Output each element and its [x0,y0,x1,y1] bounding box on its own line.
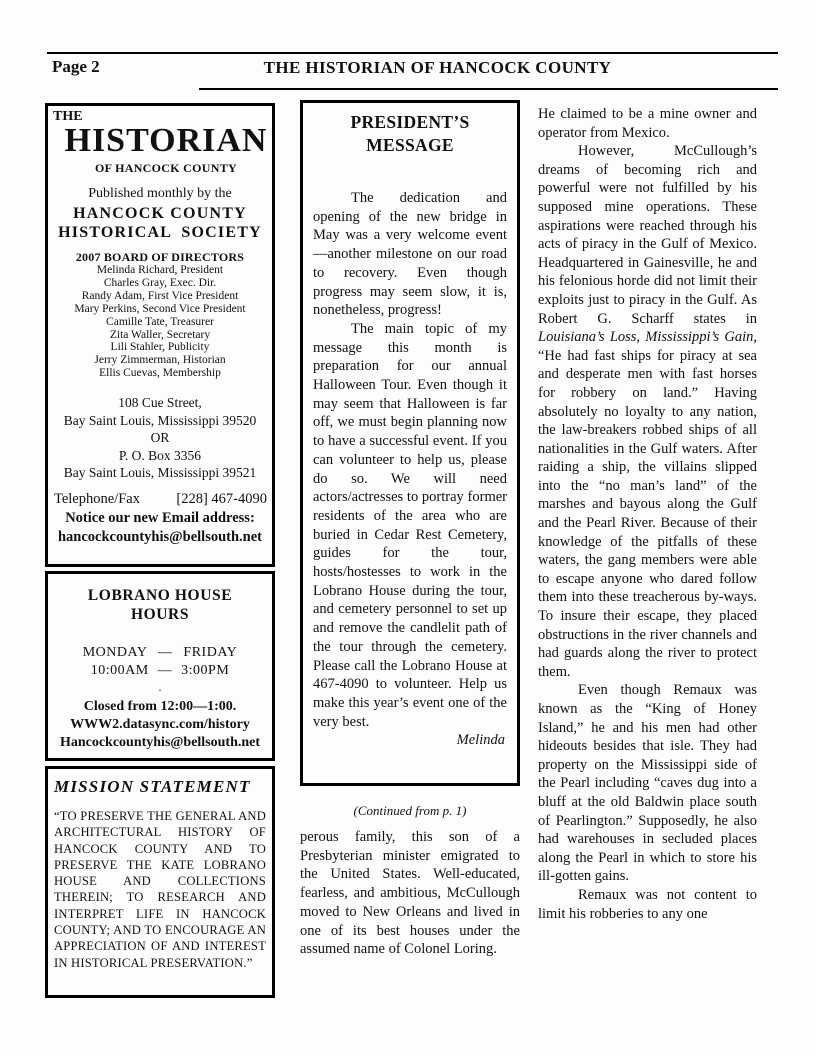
phone-number: [228] 467-4090 [176,491,267,508]
rc-paragraph-3: Even though Remaux was known as the “Kin… [538,681,757,886]
lobrano-hours-box: LOBRANO HOUSE HOURS MONDAY — FRIDAY 10:0… [45,571,275,761]
hours-times: 10:00AM — 3:00PM [48,663,272,679]
address-line: OR [48,429,272,447]
phone-row: Telephone/Fax [228] 467-4090 [48,491,272,508]
address-line: 108 Cue Street, [48,394,272,412]
mission-statement-title: MISSION STATEMENT [54,777,266,797]
newsletter-page: Page 2 THE HISTORIAN OF HANCOCK COUNTY T… [0,0,816,1056]
board-member: Camille Tate, Treasurer [48,316,272,329]
continued-from-note: (Continued from p. 1) [300,803,520,819]
presidents-message-title-line1: PRESIDENT’S [313,111,507,134]
mission-statement-body: “TO PRESERVE THE GENERAL AND ARCHITECTUR… [54,808,266,971]
rc-paragraph-2-text: However, McCullough’s dreams of becoming… [538,143,757,326]
pm-paragraph-1: The dedication and opening of the new br… [313,189,507,320]
address-line: Bay Saint Louis, Mississippi 39520 [48,412,272,430]
masthead-subtitle: OF HANCOCK COUNTY [48,161,272,176]
address-line: P. O. Box 3356 [48,447,272,465]
presidents-message-body: The dedication and opening of the new br… [313,189,507,731]
address-line: Bay Saint Louis, Mississippi 39521 [48,464,272,482]
masthead-email-address: hancockcountyhis@bellsouth.net [48,529,272,546]
board-member: Charles Gray, Exec. Dir. [48,277,272,290]
board-member: Melinda Richard, President [48,264,272,277]
rc-paragraph-2-continued: , “He had fast ships for piracy at sea a… [538,329,757,680]
rc-paragraph-4: Remaux was not content to limit his robb… [538,886,757,923]
header-rule-top [47,52,778,54]
board-member: Ellis Cuevas, Membership [48,367,272,380]
page-number-label: Page 2 [52,57,100,77]
society-name-line1: HANCOCK COUNTY [48,205,272,223]
mission-statement-box: MISSION STATEMENT “TO PRESERVE THE GENER… [45,766,275,998]
hours-closed-note: Closed from 12:00—1:00. [48,699,272,715]
board-member: Zita Waller, Secretary [48,329,272,342]
header-rule-bottom [199,88,778,90]
hours-days: MONDAY — FRIDAY [48,645,272,661]
phone-label: Telephone/Fax [54,491,140,508]
right-article-column: He claimed to be a mine owner and operat… [538,105,757,923]
hours-separator-dot: . [48,680,272,695]
hours-title-line1: LOBRANO HOUSE [48,587,272,605]
book-title-italic: Louisiana’s Loss, Mississippi’s Gain [538,329,753,345]
board-member: Mary Perkins, Second Vice President [48,303,272,316]
newsletter-header-title: THE HISTORIAN OF HANCOCK COUNTY [95,58,780,78]
presidents-message-box: PRESIDENT’S MESSAGE The dedication and o… [300,100,520,786]
presidents-message-title-line2: MESSAGE [313,134,507,157]
masthead-title: HISTORIAN [48,122,272,160]
board-of-directors-heading: 2007 BOARD OF DIRECTORS [48,250,272,265]
published-line: Published monthly by the [48,186,272,202]
society-website: WWW2.datasync.com/history [48,717,272,733]
board-member-list: Melinda Richard, President Charles Gray,… [48,264,272,380]
email-notice: Notice our new Email address: [48,510,272,527]
pm-paragraph-2: The main topic of my message this month … [313,320,507,731]
board-member: Lili Stahler, Publicity [48,341,272,354]
rc-paragraph-2: However, McCullough’s dreams of becoming… [538,142,757,681]
society-name-line2: HISTORICAL SOCIETY [48,224,272,242]
board-member: Randy Adam, First Vice President [48,290,272,303]
hours-title-line2: HOURS [48,606,272,624]
society-address: 108 Cue Street, Bay Saint Louis, Mississ… [48,394,272,482]
pm-signature: Melinda [313,732,507,749]
masthead-box: THE HISTORIAN OF HANCOCK COUNTY Publishe… [45,103,275,567]
board-member: Jerry Zimmerman, Historian [48,354,272,367]
continued-article-paragraph: perous family, this son of a Presbyteria… [300,828,520,959]
hours-email-address: Hancockcountyhis@bellsouth.net [48,735,272,751]
rc-paragraph-1: He claimed to be a mine owner and operat… [538,105,757,142]
